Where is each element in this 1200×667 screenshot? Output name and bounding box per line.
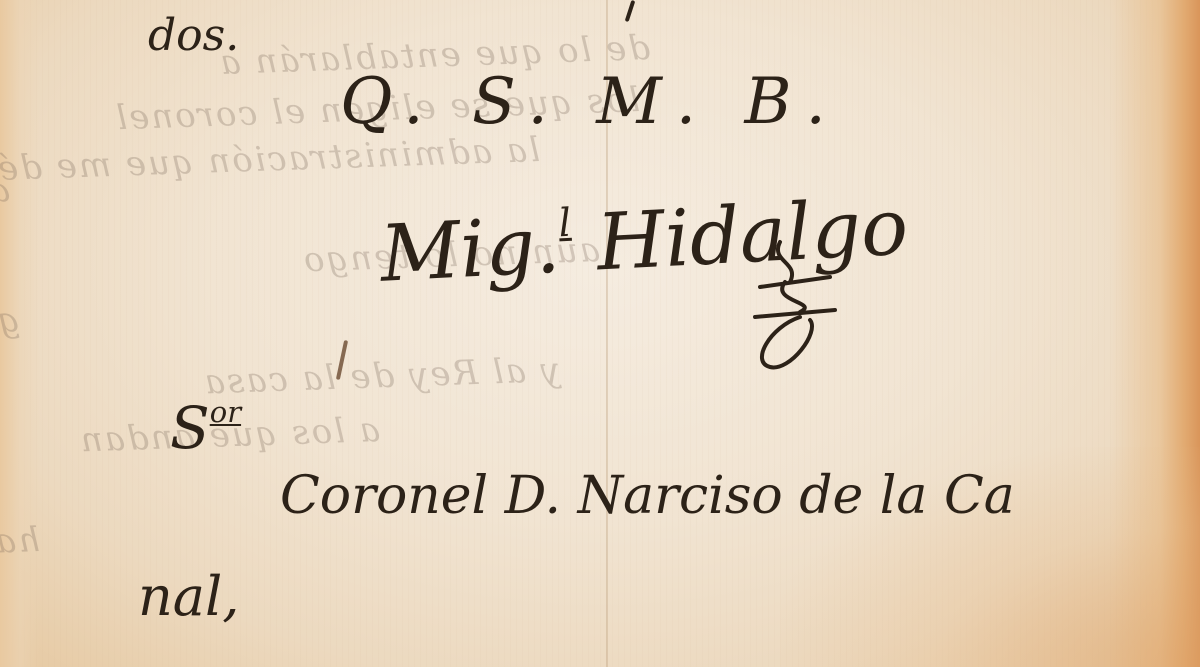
signature-given-name-superscript: l: [557, 201, 572, 247]
recipient-line-2: nal,: [138, 570, 239, 624]
salutation-letter: S: [170, 394, 210, 462]
ink-stroke-fragment: [625, 0, 636, 22]
salutation-superscript: or: [210, 395, 241, 429]
signature-given-name: Mig.: [378, 201, 562, 300]
closing-word: dos.: [148, 14, 239, 58]
recipient-line-1: Coronel D. Narciso de la Ca: [280, 470, 1015, 522]
bleed-through-line: y al Rey de la casa: [202, 350, 561, 402]
bleed-through-line: a mi y: [0, 170, 11, 214]
salutation: Sor: [170, 398, 241, 457]
closing-formula: Q. S. M. B.: [340, 70, 840, 134]
signature-rubric-icon: [740, 232, 860, 372]
manuscript-page: de lo que entablarán a los que se eligen…: [0, 0, 1200, 667]
